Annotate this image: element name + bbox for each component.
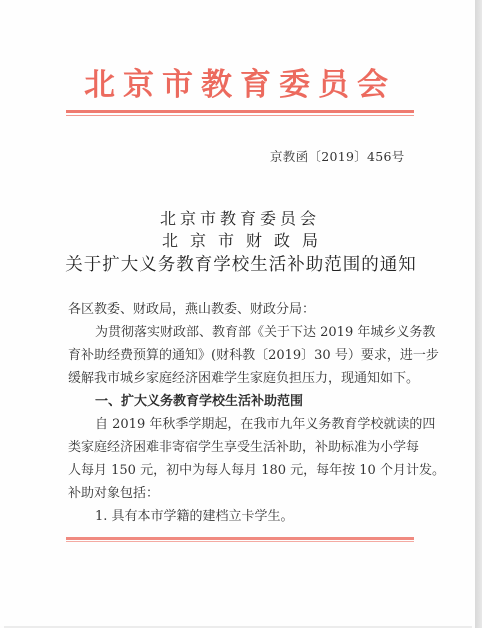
intro-line: 缓解我市城乡家庭经济困难学生家庭负担压力，现通知如下。 bbox=[68, 367, 414, 390]
document-number: 京教函〔2019〕456号 bbox=[270, 147, 405, 165]
document-page: 北京市教育委员会 京教函〔2019〕456号 北京市教育委员会 北京市财政局 关… bbox=[0, 0, 475, 626]
masthead-rule-thin bbox=[66, 115, 414, 116]
issuer-finance-bureau: 北京市财政局 bbox=[60, 228, 420, 251]
issuer-education-commission: 北京市教育委员会 bbox=[60, 206, 420, 229]
masthead-title: 北京市教育委员会 bbox=[60, 66, 420, 104]
masthead-rule-thick bbox=[66, 110, 414, 113]
document-viewer: 北京市教育委员会 京教函〔2019〕456号 北京市教育委员会 北京市财政局 关… bbox=[0, 0, 482, 628]
section-line: 人每月 150 元，初中为每人每月 180 元，每年按 10 个月计发。 bbox=[68, 459, 414, 482]
document-body: 各区教委、财政局，燕山教委、财政分局： 为贯彻落实财政部、教育部《关于下达 20… bbox=[68, 298, 414, 528]
section-line: 类家庭经济困难非寄宿学生享受生活补助，补助标准为小学每 bbox=[68, 436, 414, 459]
document-title: 关于扩大义务教育学校生活补助范围的通知 bbox=[60, 251, 422, 276]
addressee-line: 各区教委、财政局，燕山教委、财政分局： bbox=[68, 298, 414, 321]
page-side-edge bbox=[475, 0, 482, 628]
section-line: 自 2019 年秋季学期起，在我市九年义务教育学校就读的四 bbox=[68, 413, 414, 436]
list-item: 1. 具有本市学籍的建档立卡学生。 bbox=[68, 505, 414, 528]
footer-rule-thin bbox=[66, 541, 414, 542]
section-line: 补助对象包括： bbox=[68, 482, 414, 505]
intro-line: 为贯彻落实财政部、教育部《关于下达 2019 年城乡义务教 bbox=[68, 321, 414, 344]
footer-rule-thick bbox=[66, 537, 414, 540]
section-heading: 一、扩大义务教育学校生活补助范围 bbox=[68, 390, 414, 413]
intro-line: 育补助经费预算的通知》(财科教〔2019〕30 号）要求，进一步 bbox=[68, 344, 414, 367]
